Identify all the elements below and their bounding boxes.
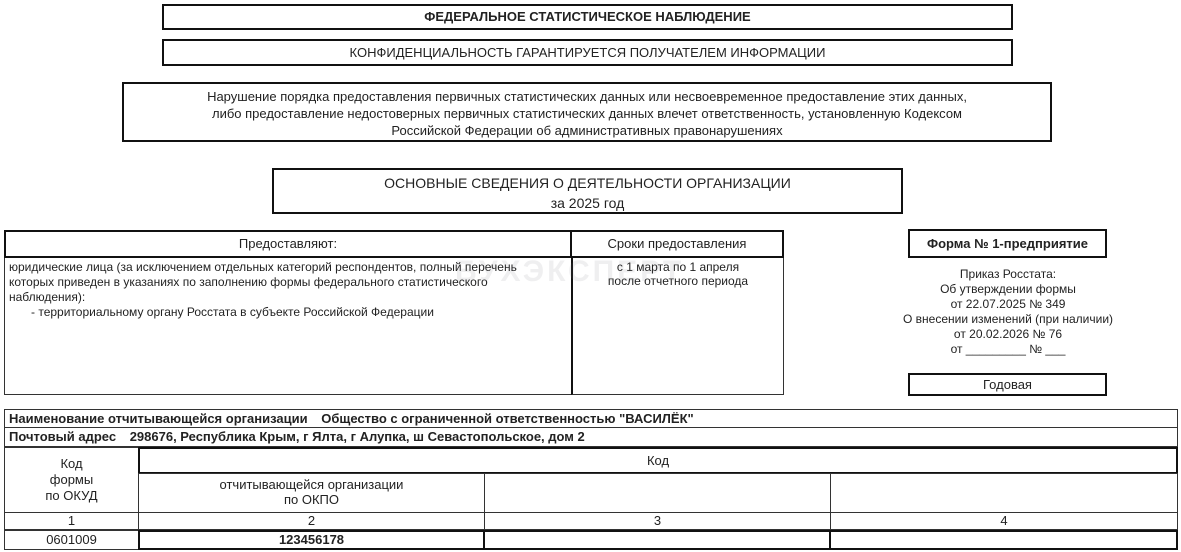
okud-code-value: 0601009	[4, 530, 139, 550]
submission-table: Предоставляют: Сроки предоставления юрид…	[4, 230, 784, 395]
okud-header: Код формы по ОКУД	[4, 447, 139, 513]
report-period: за 2025 год	[274, 193, 901, 213]
deadline-text: с 1 марта по 1 апреля	[573, 260, 783, 274]
liability-warning: Нарушение порядка предоставления первичн…	[122, 82, 1052, 142]
okpo-header-line: отчитывающейся организации	[139, 477, 484, 492]
col4-header	[830, 473, 1178, 513]
order-line: от 22.07.2025 № 349	[893, 297, 1123, 312]
warning-line: Российской Федерации об административных…	[124, 122, 1050, 139]
organization-name-value: Общество с ограниченной ответственностью…	[321, 410, 693, 427]
submitters-text: юридические лица (за исключением отдельн…	[9, 260, 567, 275]
organization-name-label: Наименование отчитывающейся организации	[9, 410, 308, 427]
submitters-text: наблюдения):	[9, 290, 567, 305]
col3-header	[484, 473, 831, 513]
organization-table: Наименование отчитывающейся организации …	[4, 409, 1178, 447]
organization-name-row: Наименование отчитывающейся организации …	[4, 409, 1178, 428]
order-line: от _________ № ___	[893, 342, 1123, 357]
deadlines-header: Сроки предоставления	[570, 230, 784, 258]
report-title: ОСНОВНЫЕ СВЕДЕНИЯ О ДЕЯТЕЛЬНОСТИ ОРГАНИЗ…	[272, 168, 903, 214]
postal-address-row: Почтовый адрес 298676, Республика Крым, …	[4, 428, 1178, 447]
order-line: О внесении изменений (при наличии)	[893, 312, 1123, 327]
column-number: 3	[484, 512, 831, 530]
postal-address-value: 298676, Республика Крым, г Ялта, г Алупк…	[130, 428, 585, 445]
okud-header-line: формы	[5, 472, 138, 488]
confidentiality-banner: КОНФИДЕНЦИАЛЬНОСТЬ ГАРАНТИРУЕТСЯ ПОЛУЧАТ…	[162, 39, 1013, 66]
column-number: 2	[138, 512, 485, 530]
submitters-header: Предоставляют:	[4, 230, 572, 258]
federal-observation-banner: ФЕДЕРАЛЬНОЕ СТАТИСТИЧЕСКОЕ НАБЛЮДЕНИЕ	[162, 4, 1013, 30]
column-number: 1	[4, 512, 139, 530]
report-title-main: ОСНОВНЫЕ СВЕДЕНИЯ О ДЕЯТЕЛЬНОСТИ ОРГАНИЗ…	[274, 173, 901, 193]
recipient-text: - территориальному органу Росстата в суб…	[9, 305, 567, 320]
code-col3-value[interactable]	[483, 530, 831, 550]
codes-table: Код формы по ОКУД Код отчитывающейся орг…	[4, 447, 1178, 550]
order-line: Об утверждении формы	[893, 282, 1123, 297]
order-line: от 20.02.2026 № 76	[893, 327, 1123, 342]
submitters-cell: юридические лица (за исключением отдельн…	[4, 258, 572, 395]
periodicity: Годовая	[908, 373, 1107, 396]
code-col4-value[interactable]	[829, 530, 1178, 550]
okud-header-line: по ОКУД	[5, 488, 138, 504]
okud-header-line: Код	[5, 456, 138, 472]
submitters-text: которых приведен в указаниях по заполнен…	[9, 275, 567, 290]
okpo-header-line: по ОКПО	[139, 492, 484, 507]
postal-address-label: Почтовый адрес	[9, 428, 116, 445]
order-line: Приказ Росстата:	[893, 267, 1123, 282]
deadline-text: после отчетного периода	[573, 274, 783, 288]
form-name: Форма № 1-предприятие	[908, 229, 1107, 258]
warning-line: либо предоставление недостоверных первич…	[124, 105, 1050, 122]
rosstat-order: Приказ Росстата: Об утверждении формы от…	[893, 267, 1123, 357]
okpo-code-value[interactable]: 123456178	[138, 530, 485, 550]
code-header: Код	[138, 447, 1178, 474]
warning-line: Нарушение порядка предоставления первичн…	[124, 88, 1050, 105]
column-number: 4	[830, 512, 1178, 530]
deadlines-cell: с 1 марта по 1 апреля после отчетного пе…	[571, 258, 784, 395]
okpo-header: отчитывающейся организации по ОКПО	[138, 473, 485, 513]
